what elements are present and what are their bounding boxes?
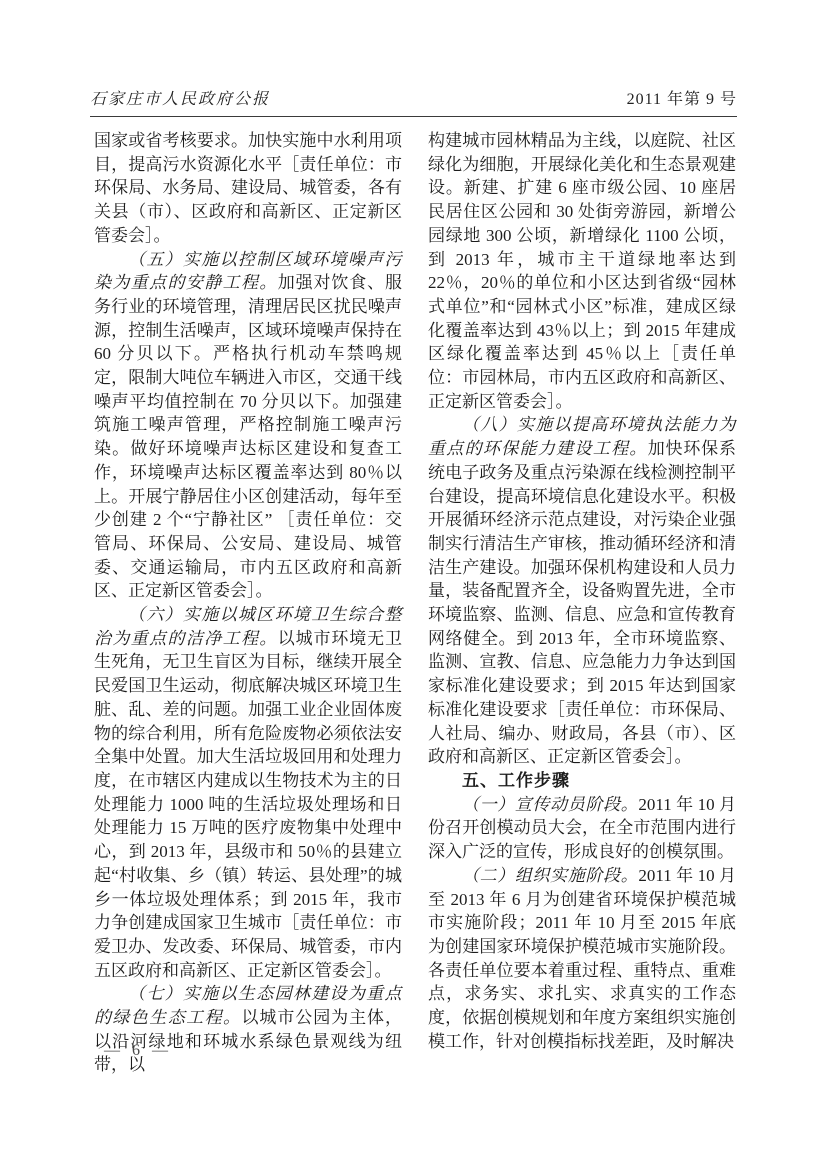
paragraph-text: 加快环保系统电子政务及重点污染源在线检测控制平台建设，提高环境信息化建设水平。积… — [428, 439, 736, 766]
paragraph-stage-2: （二）组织实施阶段。2011 年 10 月至 2013 年 6 月为创建省环境保… — [428, 864, 736, 1054]
item-lead-in: （二）组织实施阶段。 — [462, 866, 638, 885]
paragraph-item-8: （八）实施以提高环境执法能力为重点的环保能力建设工程。加快环保系统电子政务及重点… — [428, 413, 736, 769]
paragraph-text: 以城市环境无卫生死角，无卫生盲区为目标，继续开展全民爱国卫生运动，彻底解决城区环… — [94, 629, 402, 980]
paragraph-text: 构建城市园林精品为主线，以庭院、社区绿化为细胞，开展绿化美化和生态景观建设。新建… — [428, 131, 736, 411]
section-heading-work-steps: 五、工作步骤 — [428, 769, 736, 793]
paragraph-stage-1: （一）宣传动员阶段。2011 年 10 月份召开创模动员大会，在全市范围内进行深… — [428, 793, 736, 864]
gazette-page: 石家庄市人民政府公报 2011 年第 9 号 国家或省考核要求。加快实施中水利用… — [0, 0, 826, 1169]
paragraph-text: 国家或省考核要求。加快实施中水利用项目，提高污水资源化水平［责任单位：市环保局、… — [94, 131, 402, 245]
column-left: 国家或省考核要求。加快实施中水利用项目，提高污水资源化水平［责任单位：市环保局、… — [94, 129, 402, 1077]
section-heading-text: 五、工作步骤 — [462, 771, 570, 790]
page-number: — 6 — — [104, 1042, 172, 1060]
paragraph-text: 2011 年 10 月至 2013 年 6 月为创建省环境保护模范城市实施阶段；… — [428, 866, 736, 1051]
column-right: 构建城市园林精品为主线，以庭院、社区绿化为细胞，开展绿化美化和生态景观建设。新建… — [428, 129, 736, 1077]
paragraph-text: 加强对饮食、服务行业的环境管理，清理居民区扰民噪声源，控制生活噪声，区域环境噪声… — [94, 273, 402, 600]
page-header: 石家庄市人民政府公报 2011 年第 9 号 — [90, 86, 737, 109]
paragraph-continuation: 国家或省考核要求。加快实施中水利用项目，提高污水资源化水平［责任单位：市环保局、… — [94, 129, 402, 248]
paragraph-item-6: （六）实施以城区环境卫生综合整治为重点的洁净工程。以城市环境无卫生死角，无卫生盲… — [94, 603, 402, 982]
header-rule — [90, 116, 737, 117]
item-lead-in: （一）宣传动员阶段。 — [462, 795, 638, 814]
paragraph-item-7: （七）实施以生态园林建设为重点的绿色生态工程。以城市公园为主体，以沿河绿地和环城… — [94, 982, 402, 1077]
body-columns: 国家或省考核要求。加快实施中水利用项目，提高污水资源化水平［责任单位：市环保局、… — [94, 129, 737, 1077]
issue-number: 2011 年第 9 号 — [627, 86, 737, 109]
gazette-title: 石家庄市人民政府公报 — [90, 86, 270, 109]
paragraph-item-5: （五）实施以控制区域环境噪声污染为重点的安静工程。加强对饮食、服务行业的环境管理… — [94, 248, 402, 604]
paragraph-continuation: 构建城市园林精品为主线，以庭院、社区绿化为细胞，开展绿化美化和生态景观建设。新建… — [428, 129, 736, 413]
